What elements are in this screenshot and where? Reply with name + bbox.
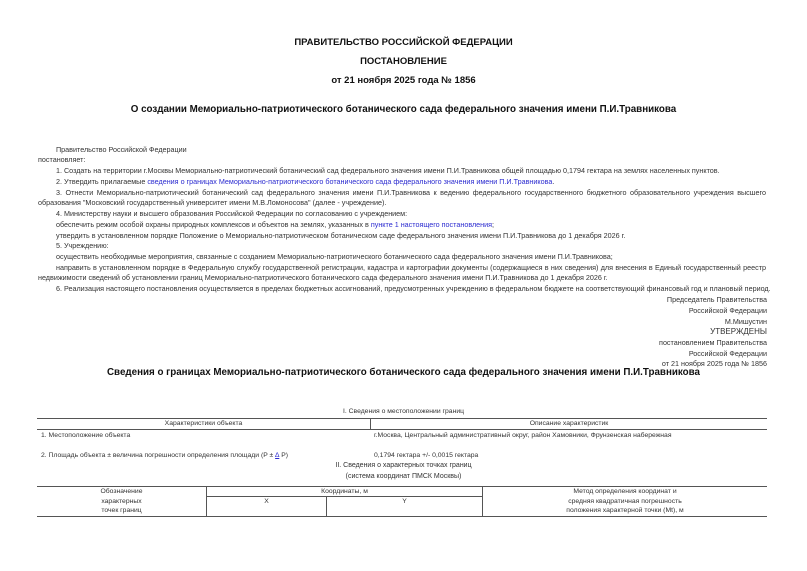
column-header-designation-2: характерных [37, 498, 206, 505]
paragraph-3-line-1: 3. Отнести Мемориально-патриотический бо… [56, 188, 766, 198]
column-header-y: Y [327, 498, 482, 505]
section-2-subheading: (система координат ПМСК Москвы) [0, 472, 807, 482]
paragraph-2: 2. Утвердить прилагаемые сведения о гран… [56, 177, 554, 187]
row-area-label-suffix: P) [279, 452, 288, 459]
approval-line-2: Российской Федерации [689, 349, 767, 358]
paragraph-1: 1. Создать на территории г.Москвы Мемори… [56, 166, 720, 176]
date-number: от 21 ноября 2025 года № 1856 [0, 75, 807, 86]
government-heading: ПРАВИТЕЛЬСТВО РОССИЙСКОЙ ФЕДЕРАЦИИ [0, 37, 807, 48]
row-area-value: 0,1794 гектара +/- 0,0015 гектара [374, 452, 478, 459]
paragraph-2-prefix: 2. Утвердить прилагаемые [56, 177, 147, 186]
section-1-heading: I. Сведения о местоположении границ [0, 407, 807, 417]
column-header-x: X [207, 498, 326, 505]
column-header-method-1: Метод определения координат и [483, 488, 767, 495]
paragraph-6: 6. Реализация настоящего постановления о… [56, 284, 771, 294]
paragraph-4a-prefix: обеспечить режим особой охраны природных… [56, 220, 371, 229]
paragraph-5: 5. Учреждению: [56, 241, 109, 251]
column-header-method-2: средняя квадратичная погрешность [483, 498, 767, 505]
document-title: О создании Мемориально-патриотического б… [0, 104, 807, 115]
signature-position-1: Председатель Правительства [667, 295, 767, 304]
row-area-label: 2. Площадь объекта ± величина погрешност… [41, 452, 288, 459]
approval-line-1: постановлением Правительства [659, 338, 767, 347]
paragraph-3-line-2: образования "Московский государственный … [38, 198, 386, 208]
paragraph-5b-line-2: недвижимости сведений об установлении гр… [38, 273, 608, 283]
signature-position-2: Российской Федерации [689, 306, 767, 315]
paragraph-2-suffix: . [552, 177, 554, 186]
column-header-method-3: положения характерной точки (Mt), м [483, 507, 767, 514]
intro-text: Правительство Российской Федерации [56, 145, 187, 155]
annex-title: Сведения о границах Мемориально-патриоти… [0, 367, 807, 378]
table-1-header-border [37, 429, 767, 430]
paragraph-4a-suffix: ; [492, 220, 494, 229]
table-2-top-border [37, 486, 767, 487]
doc-type-heading: ПОСТАНОВЛЕНИЕ [0, 56, 807, 67]
column-header-coordinates: Координаты, м [207, 488, 482, 495]
column-header-designation-1: Обозначение [37, 488, 206, 495]
section-2-heading: II. Сведения о характерных точках границ [0, 461, 807, 471]
resolves-text: постановляет: [38, 155, 85, 165]
annex-link[interactable]: сведения о границах Мемориально-патриоти… [147, 177, 552, 186]
paragraph-4a: обеспечить режим особой охраны природных… [56, 220, 494, 230]
signature-name: М.Мишустин [725, 317, 767, 326]
table-2-coords-divider [206, 496, 482, 497]
point-1-link[interactable]: пункте 1 настоящего постановления [371, 220, 492, 229]
paragraph-5b-line-1: направить в установленном порядке в Феде… [56, 263, 766, 273]
paragraph-4: 4. Министерству науки и высшего образова… [56, 209, 407, 219]
column-header-characteristics: Характеристики объекта [37, 420, 370, 427]
paragraph-5a: осуществить необходимые мероприятия, свя… [56, 252, 613, 262]
row-area-label-prefix: 2. Площадь объекта ± величина погрешност… [41, 452, 275, 459]
row-location-label: 1. Местоположение объекта [41, 432, 130, 439]
table-2-header-border [37, 516, 767, 517]
paragraph-4b: утвердить в установленном порядке Положе… [56, 231, 625, 241]
approval-label: УТВЕРЖДЕНЫ [710, 327, 767, 336]
column-header-designation-3: точек границ [37, 507, 206, 514]
row-location-value: г.Москва, Центральный административный о… [374, 432, 672, 439]
table-1-top-border [37, 418, 767, 419]
column-header-description: Описание характеристик [371, 420, 767, 427]
